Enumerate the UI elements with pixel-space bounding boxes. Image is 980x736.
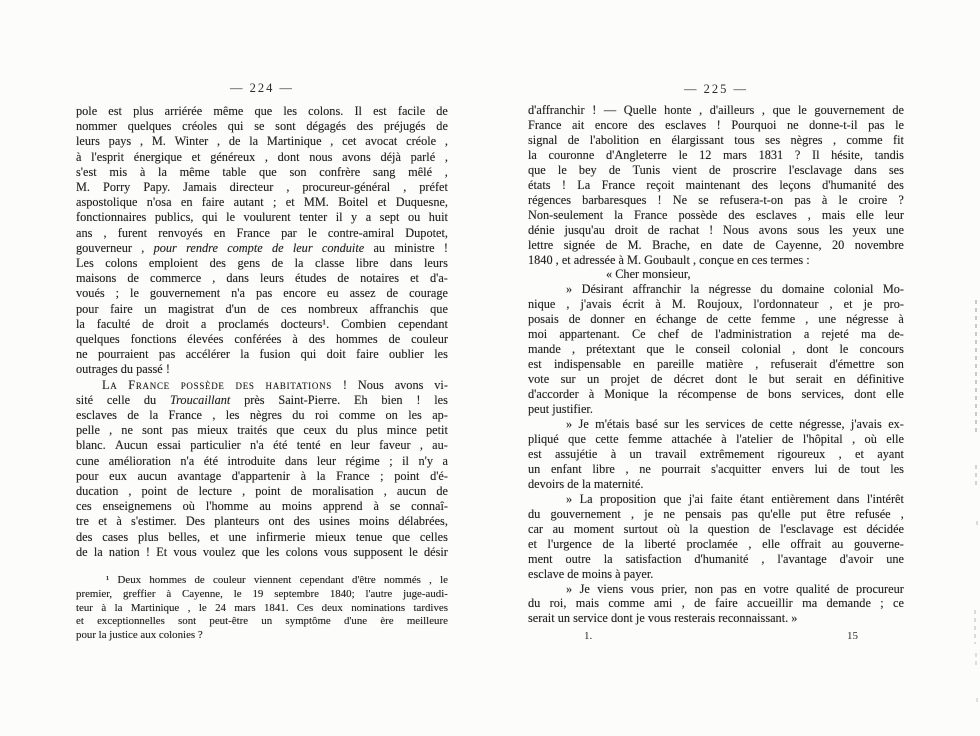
text-line: M.PorryPapy.Jamaisdirecteur,procureur-gé…: [76, 180, 448, 195]
text-line: s'estmisàlamêmetablequesonconfrèresangmê…: [76, 165, 448, 180]
text-line: dugouvernement,jenepensaispasqu'elleputê…: [528, 507, 904, 522]
text-line: cesenseignemensoùl'hommeaumoinsapprendàs…: [76, 499, 448, 514]
text-line: blanc.Aucunessaiparticuliern'aététentéen…: [76, 438, 448, 453]
text-line: peut justifier.: [528, 402, 904, 417]
text-line: »Jeviensvousprier,nonpasenvotrequalitéde…: [528, 582, 904, 597]
text-line: estindispensableenpareillematière,refuse…: [528, 357, 904, 372]
text-line: premier,greffieràCayenne,le19septembre18…: [76, 588, 448, 602]
text-line: posaisdedonnerenéchangedecettefemme,unen…: [528, 312, 904, 327]
text-line: »Jem'étaisbasésurlesservicesdecettenégre…: [528, 417, 904, 432]
text-line: régencesbarbaresques!Neserefusera-t-onpa…: [528, 193, 904, 208]
letter-paragraph-1: »Désirantaffranchirlanégressedudomaineco…: [528, 282, 904, 417]
sheet-number: 15: [847, 630, 858, 642]
text-line: nique,j'avaisécritàM.Roujoux,l'ordonnate…: [528, 297, 904, 312]
text-line: ¹Deuxhommesdecouleurviennentcependantd'ê…: [76, 574, 448, 588]
text-line: Non-seulementlaFrancepossèdedesesclaves,…: [528, 208, 904, 223]
book-scan: — 224 — poleestplusarriéréemêmequelescol…: [0, 0, 980, 736]
text-line: teuràlaMartinique,le24mars1841.Cesdeuxno…: [76, 602, 448, 616]
text-line: »Désirantaffranchirlanégressedudomaineco…: [528, 282, 904, 297]
paragraph-habitations: LaFrancepossèdedeshabitations!Nousavonsv…: [76, 378, 448, 560]
scan-edge-artifact: [976, 698, 978, 704]
scan-edge-artifact: [974, 610, 976, 644]
text-line: etexceptionnellessontpeut-êtreunsymptôme…: [76, 615, 448, 629]
text-line: estassujétieàuntravailextrêmementrigoure…: [528, 447, 904, 462]
letter-paragraph-2: »Jem'étaisbasésurlesservicesdecettenégre…: [528, 417, 904, 492]
text-line: gouverneur,pourrendrecomptedeleurconduit…: [76, 241, 448, 256]
text-line: quelquesfonctionsélevéesconféréesàdeshom…: [76, 332, 448, 347]
page-number-right: — 225 —: [528, 82, 904, 96]
page-left-text-column: poleestplusarriéréemêmequelescolons.Iles…: [76, 104, 448, 643]
text-line: àl'espriténergiqueetgénéreux,dontnousavo…: [76, 150, 448, 165]
text-line: esclavesdelaFrance,lesnègresduroicommeon…: [76, 408, 448, 423]
text-line: lafacultédedroitaproclamésdocteurs¹.Comb…: [76, 317, 448, 332]
text-line: fonctionnairespublics,quilevoulurenttent…: [76, 210, 448, 225]
text-line: pourfaireunmagistratd'undecesnombreuxaff…: [76, 302, 448, 317]
text-line: 1840 , et adressée à M. Goubault , conçu…: [528, 253, 904, 268]
text-line: devoirs de la maternité.: [528, 477, 904, 492]
text-line: d'affranchir!—Quellehonte,d'ailleurs,que…: [528, 103, 904, 118]
scan-edge-artifact: [975, 465, 977, 485]
text-line: descasesplusbelles,etuneinfirmeriemieuxt…: [76, 530, 448, 545]
text-line: quelebeydeTunisvientdeproscrirel'esclava…: [528, 163, 904, 178]
text-line: sitécelleduTroucaillantprèsSaint-Pierre.…: [76, 393, 448, 408]
text-line: mentoutrelasatisfactiond'humanité,l'avan…: [528, 552, 904, 567]
scan-edge-artifact: [976, 521, 978, 527]
text-line: voués;legouvernementn'apasencoreeuassezd…: [76, 286, 448, 301]
page-left-224: — 224 — poleestplusarriéréemêmequelescol…: [76, 81, 448, 643]
text-line: pliquéquecettefemmeattachéeàl'atelierdel…: [528, 432, 904, 447]
page-right-text-column: d'affranchir!—Quellehonte,d'ailleurs,que…: [528, 103, 904, 626]
text-line: aspostoliquen'osaenfaireautant;etMM.Boit…: [76, 195, 448, 210]
text-line: cuneaméliorationn'aétéintroduitedansleur…: [76, 454, 448, 469]
text-line: états!LaFrancereçoitmaintenantdesleçonsd…: [528, 178, 904, 193]
text-line: »Lapropositionquej'aifaiteétantentièreme…: [528, 492, 904, 507]
letter-paragraph-4: »Jeviensvousprier,nonpasenvotrequalitéde…: [528, 582, 904, 627]
text-line: etl'urgencedelalibertéproclamée,elleoffr…: [528, 537, 904, 552]
text-line: ducation,pointdelecture,pointdemoralisat…: [76, 484, 448, 499]
text-line: poleestplusarriéréemêmequelescolons.Iles…: [76, 104, 448, 119]
text-line: déniejusqu'audroitderachat!Nousavonssous…: [528, 223, 904, 238]
text-line: duroi,maiscommeami,defaireaccueillirmade…: [528, 596, 904, 611]
text-line: outrages du passé !: [76, 362, 448, 377]
text-line: moiappartenant.Cechefdel'administrationa…: [528, 327, 904, 342]
text-line: poureuxaucunavantaged'apparteniràlaFranc…: [76, 469, 448, 484]
text-line: pelle,nesontpasmieuxtraitésqueceuxduplus…: [76, 423, 448, 438]
text-line: mande,prétextantqueleconseilcolonial,don…: [528, 342, 904, 357]
text-line: lettresignéedeM.Brache,endatedeCayenne,2…: [528, 238, 904, 253]
scan-edge-artifact: [975, 653, 977, 665]
text-line: nepourraientpasaccélérerlafusionquidoitf…: [76, 347, 448, 362]
paragraph-continued: poleestplusarriéréemêmequelescolons.Iles…: [76, 104, 448, 378]
text-line: Lescolonsemploientdesgensdelaclasselibre…: [76, 256, 448, 271]
text-line: maisonsdecommerce,dansleursétudesdenotai…: [76, 271, 448, 286]
text-line: Franceaitencoredesesclaves!Pourquoinedon…: [528, 118, 904, 133]
page-right-footer: 1. 15: [528, 630, 904, 642]
text-line: serait un service dont je vous resterais…: [528, 611, 904, 626]
text-line: « Cher monsieur,: [528, 267, 904, 282]
text-line: esclave de moins à payer.: [528, 567, 904, 582]
page-right-225: — 225 — d'affranchir!—Quellehonte,d'aill…: [528, 82, 904, 642]
text-line: pour la justice aux colonies ?: [76, 629, 448, 643]
page-number-left: — 224 —: [76, 81, 448, 95]
text-line: d'accorderàMoniquelarécompensedebonsserv…: [528, 387, 904, 402]
text-line: votesurunprojetdedécretdontlebutseraiten…: [528, 372, 904, 387]
text-line: delanation!Etvousvoulezquelescolonsvouss…: [76, 545, 448, 560]
letter-paragraph-3: »Lapropositionquej'aifaiteétantentièreme…: [528, 492, 904, 582]
text-line: ans,furentrenvoyésenFranceparlecontre-am…: [76, 226, 448, 241]
letter-salutation: « Cher monsieur,: [528, 267, 904, 282]
text-line: nommerquelquescréolesquisesontdégagésdes…: [76, 119, 448, 134]
paragraph-continued: d'affranchir!—Quellehonte,d'ailleurs,que…: [528, 103, 904, 267]
text-line: signaldel'abolitionenélargissanttoussesn…: [528, 133, 904, 148]
text-line: lacouronned'Angleterrele12mars1831?Ilhés…: [528, 148, 904, 163]
footnote: ¹Deuxhommesdecouleurviennentcependantd'ê…: [76, 574, 448, 643]
text-line: leurspays,M.Winter,delaMartinique,cetavo…: [76, 134, 448, 149]
text-line: caraumomentsurtoutoùlaquestiondel'esclav…: [528, 522, 904, 537]
text-line: LaFrancepossèdedeshabitations!Nousavonsv…: [76, 378, 448, 393]
text-line: unenfantlibre,nepourraits'acquitterenver…: [528, 462, 904, 477]
text-line: treetàs'estimer.Desplanteursontdesusines…: [76, 514, 448, 529]
scan-edge-artifact: [975, 300, 977, 432]
volume-signature-mark: 1.: [584, 630, 592, 642]
